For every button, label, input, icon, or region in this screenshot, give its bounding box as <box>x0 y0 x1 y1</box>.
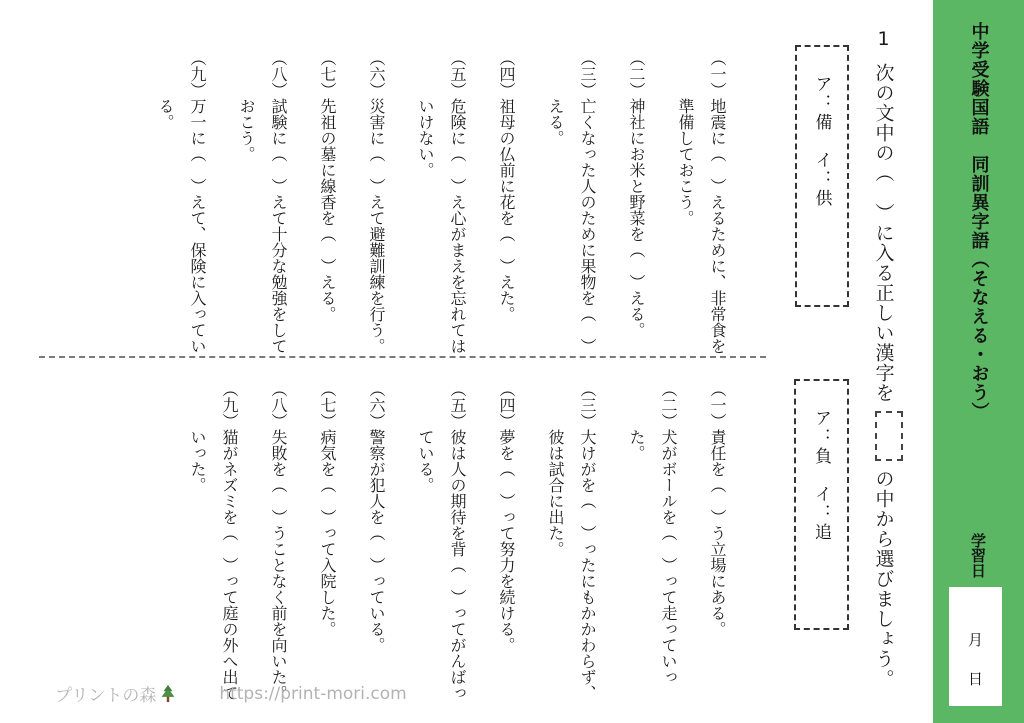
question-text: 地震に（ ）えるために、非常食を準備しておこう。 <box>676 98 727 354</box>
question-item: （七）病気を（ ）って入院した。 <box>311 381 343 705</box>
question-number: （七） <box>318 50 337 98</box>
question-number: （三） <box>578 50 597 98</box>
question-number: （九） <box>188 50 207 98</box>
question-item: （三）大けがを（ ）ったにもかかわらず、彼は試合に出た。 <box>539 381 603 705</box>
question-text: 危険に（ ）え心がまえを忘れてはいけない。 <box>416 98 467 354</box>
question-text: 警察が犯人を（ ）っている。 <box>367 429 386 653</box>
site-url-link[interactable]: https://print-mori.com <box>219 684 406 704</box>
question-item: （一）責任を（ ）う立場にある。 <box>701 381 733 705</box>
answer-options-1: ア：備 イ：供 <box>810 75 835 305</box>
question-text: 祖母の仏前に花を（ ）えた。 <box>497 98 516 322</box>
question-item: （六）災害に（ ）えて避難訓練を行う。 <box>360 50 392 355</box>
instruction-text: 1次の文中の（ ）に入る正しい漢字をの中から選びましょう。 <box>868 28 905 688</box>
question-number: （六） <box>367 50 386 98</box>
question-number: （九） <box>220 381 239 429</box>
question-number: （五） <box>448 381 467 429</box>
question-number: （一） <box>708 381 727 429</box>
question-text: 神社にお米と野菜を（ ）える。 <box>627 98 646 338</box>
question-item: （一）地震に（ ）えるために、非常食を準備しておこう。 <box>669 50 733 355</box>
question-text: 試験に（ ）えて十分な勉強をしておこう。 <box>237 98 288 354</box>
question-text: 災害に（ ）えて避難訓練を行う。 <box>367 98 386 354</box>
question-number: （七） <box>318 381 337 429</box>
question-item: （四）祖母の仏前に花を（ ）えた。 <box>490 50 522 355</box>
question-item: （八）試験に（ ）えて十分な勉強をしておこう。 <box>230 50 294 355</box>
question-number: （二） <box>659 381 678 429</box>
question-item: （二）神社にお米と野菜を（ ）える。 <box>620 50 652 355</box>
question-number: （八） <box>269 50 288 98</box>
question-text: 大けがを（ ）ったにもかかわらず、彼は試合に出た。 <box>546 429 597 701</box>
empty-answer-box-icon <box>875 411 903 461</box>
question-number: （二） <box>627 50 646 98</box>
day-label: 日 <box>968 672 983 687</box>
question-text: 失敗を（ ）うことなく前を向いた。 <box>269 429 288 701</box>
question-item: （七）先祖の墓に線香を（ ）える。 <box>311 50 343 355</box>
pine-tree-icon <box>159 684 177 704</box>
title-banner: 中学受験国語 同訓異字語（そなえる・おう） 学習日 月 日 <box>933 0 1024 723</box>
question-text: 猫がネズミを（ ）って庭の外へ出ていった。 <box>188 429 239 701</box>
question-item: （三）亡くなった人のために果物を（ ）える。 <box>539 50 603 355</box>
question-number: （四） <box>497 381 516 429</box>
question-item: （五）危険に（ ）え心がまえを忘れてはいけない。 <box>409 50 473 355</box>
question-item: （四）夢を（ ）って努力を続ける。 <box>490 381 522 705</box>
answer-options-box-1: ア：備 イ：供 <box>795 45 849 307</box>
answer-options-box-2: ア：負 イ：追 <box>794 379 849 630</box>
question-text: 彼は人の期待を背（ ）ってがんばっている。 <box>416 429 467 701</box>
question-number: （四） <box>497 50 516 98</box>
footer: プリントの森 https://print-mori.com <box>55 681 407 706</box>
answer-options-2: ア：負 イ：追 <box>809 409 834 628</box>
worksheet-page: 1次の文中の（ ）に入る正しい漢字をの中から選びましょう。 ア：備 イ：供 ア：… <box>0 0 1024 723</box>
worksheet-title: 中学受験国語 同訓異字語（そなえる・おう） <box>966 22 992 421</box>
instruction-after-box: の中から選びましょう。 <box>873 469 895 689</box>
question-number: （八） <box>269 381 288 429</box>
question-item: （五）彼は人の期待を背（ ）ってがんばっている。 <box>409 381 473 705</box>
question-number: （五） <box>448 50 467 98</box>
question-item: （八）失敗を（ ）うことなく前を向いた。 <box>262 381 294 705</box>
question-item: （九）万一に（ ）えて、保険に入っている。 <box>149 50 213 355</box>
instruction-before-box: 次の文中の（ ）に入る正しい漢字を <box>873 63 895 403</box>
site-name: プリントの森 <box>55 681 156 706</box>
question-text: 先祖の墓に線香を（ ）える。 <box>318 98 337 322</box>
question-section-sonaeru: （一）地震に（ ）えるために、非常食を準備しておこう。 （二）神社にお米と野菜を… <box>149 50 733 355</box>
question-text: 責任を（ ）う立場にある。 <box>708 429 727 637</box>
question-section-ou: （一）責任を（ ）う立場にある。 （二）犬がボールを（ ）って走っていった。 （… <box>181 381 733 705</box>
question-text: 亡くなった人のために果物を（ ）える。 <box>546 98 597 354</box>
question-number: （六） <box>367 381 386 429</box>
question-number: （三） <box>578 381 597 429</box>
question-item: （六）警察が犯人を（ ）っている。 <box>360 381 392 705</box>
instruction-number: 1 <box>873 28 895 51</box>
study-date-label: 学習日 <box>968 533 989 578</box>
question-text: 夢を（ ）って努力を続ける。 <box>497 429 516 653</box>
study-date-box: 月 日 <box>949 587 1002 706</box>
question-text: 万一に（ ）えて、保険に入っている。 <box>156 98 207 354</box>
question-number: （一） <box>708 50 727 98</box>
question-item: （九）猫がネズミを（ ）って庭の外へ出ていった。 <box>181 381 245 705</box>
question-text: 犬がボールを（ ）って走っていった。 <box>627 429 678 685</box>
month-label: 月 <box>968 633 983 648</box>
question-text: 病気を（ ）って入院した。 <box>318 429 337 637</box>
question-item: （二）犬がボールを（ ）って走っていった。 <box>620 381 684 705</box>
section-divider <box>39 356 766 358</box>
